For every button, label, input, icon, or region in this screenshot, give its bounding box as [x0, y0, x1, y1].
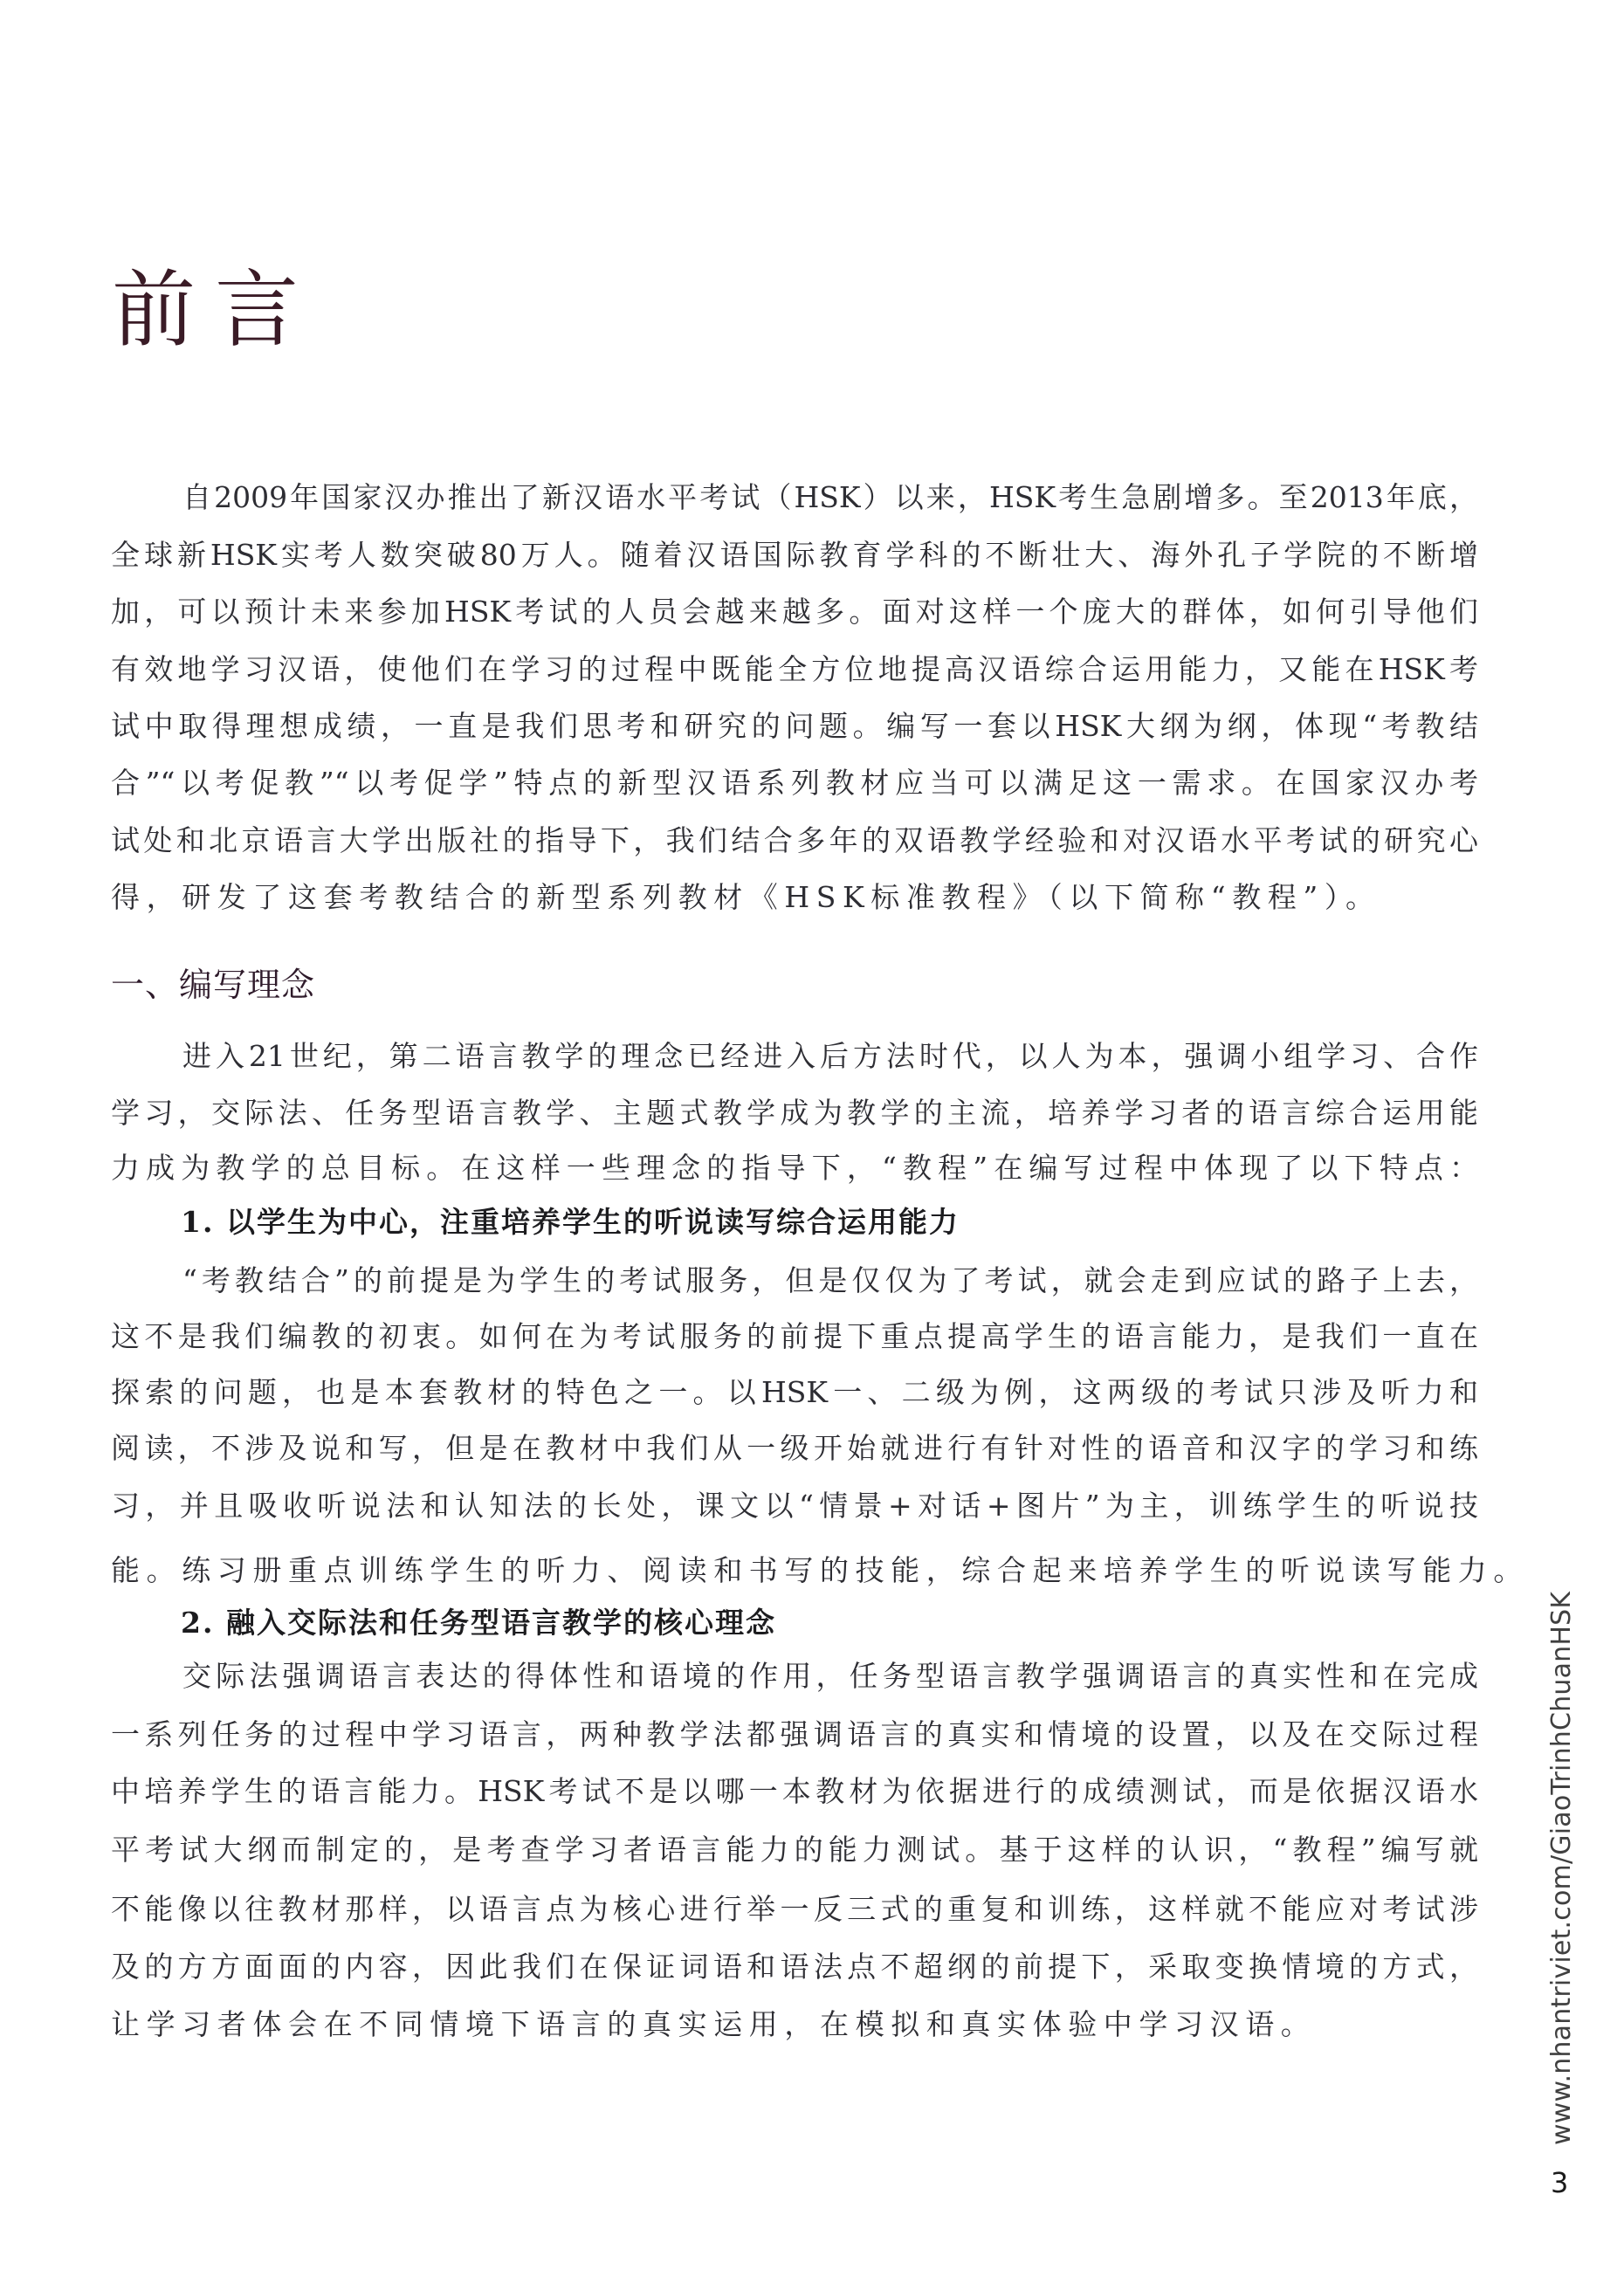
paragraph-line: 试中取得理想成绩，一直是我们思考和研究的问题。编写一套以HSK大纲为纲，体现“考…	[111, 705, 1478, 748]
paragraph-line: 让学习者体会在不同情境下语言的真实运用，在模拟和真实体验中学习汉语。	[111, 2003, 1478, 2046]
paragraph-line: 得，研发了这套考教结合的新型系列教材《HSK标准教程》（以下简称“教程”）。	[111, 876, 1478, 919]
paragraph-line: 自2009年国家汉办推出了新汉语水平考试（HSK）以来，HSK考生急剧增多。至2…	[182, 476, 1478, 519]
watermark-url: www.nhantriviet.com/GiaoTrinhChuanHSK	[1546, 1592, 1578, 2145]
paragraph-line: 全球新HSK实考人数突破80万人。随着汉语国际教育学科的不断壮大、海外孔子学院的…	[111, 533, 1478, 577]
paragraph-line: 合”“以考促教”“以考促学”特点的新型汉语系列教材应当可以满足这一需求。在国家汉…	[111, 761, 1478, 805]
subheading-point-1: 1. 以学生为中心，注重培养学生的听说读写综合运用能力	[181, 1200, 960, 1244]
page-number: 3	[1551, 2165, 1568, 2200]
paragraph-line: 试处和北京语言大学出版社的指导下，我们结合多年的双语教学经验和对汉语水平考试的研…	[111, 819, 1478, 863]
paragraph-line: 阅读，不涉及说和写，但是在教材中我们从一级开始就进行有针对性的语音和汉字的学习和…	[111, 1427, 1478, 1470]
paragraph-line: 习，并且吸收听说法和认知法的长处，课文以“情景+对话+图片”为主，训练学生的听说…	[111, 1484, 1478, 1528]
paragraph-line: 力成为教学的总目标。在这样一些理念的指导下，“教程”在编写过程中体现了以下特点：	[111, 1146, 1478, 1190]
subheading-point-2: 2. 融入交际法和任务型语言教学的核心理念	[181, 1601, 776, 1645]
paragraph-line: 一系列任务的过程中学习语言，两种教学法都强调语言的真实和情境的设置，以及在交际过…	[111, 1713, 1478, 1757]
paragraph-line: 有效地学习汉语，使他们在学习的过程中既能全方位地提高汉语综合运用能力，又能在HS…	[111, 648, 1478, 691]
paragraph-line: 及的方方面面的内容，因此我们在保证词语和语法点不超纲的前提下，采取变换情境的方式…	[111, 1945, 1478, 1989]
paragraph-line: 平考试大纲而制定的，是考查学习者语言能力的能力测试。基于这样的认识，“教程”编写…	[111, 1828, 1478, 1872]
paragraph-line: “考教结合”的前提是为学生的考试服务，但是仅仅为了考试，就会走到应试的路子上去，	[182, 1259, 1478, 1303]
page-title: 前言	[112, 262, 318, 358]
paragraph-line: 加，可以预计未来参加HSK考试的人员会越来越多。面对这样一个庞大的群体，如何引导…	[111, 590, 1478, 634]
section-heading: 一、编写理念	[111, 960, 315, 1009]
paragraph-line: 这不是我们编教的初衷。如何在为考试服务的前提下重点提高学生的语言能力，是我们一直…	[111, 1315, 1478, 1359]
paragraph-line: 交际法强调语言表达的得体性和语境的作用，任务型语言教学强调语言的真实性和在完成	[182, 1654, 1478, 1698]
paragraph-line: 中培养学生的语言能力。HSK考试不是以哪一本教材为依据进行的成绩测试，而是依据汉…	[111, 1770, 1478, 1813]
paragraph-line: 探索的问题，也是本套教材的特色之一。以HSK一、二级为例，这两级的考试只涉及听力…	[111, 1371, 1478, 1414]
paragraph-line: 学习，交际法、任务型语言教学、主题式教学成为教学的主流，培养学习者的语言综合运用…	[111, 1091, 1478, 1135]
paragraph-line: 进入21世纪，第二语言教学的理念已经进入后方法时代，以人为本，强调小组学习、合作	[182, 1035, 1478, 1078]
paragraph-line: 不能像以往教材那样，以语言点为核心进行举一反三式的重复和训练，这样就不能应对考试…	[111, 1888, 1478, 1931]
paragraph-line: 能。练习册重点训练学生的听力、阅读和书写的技能，综合起来培养学生的听说读写能力。	[111, 1549, 1478, 1592]
